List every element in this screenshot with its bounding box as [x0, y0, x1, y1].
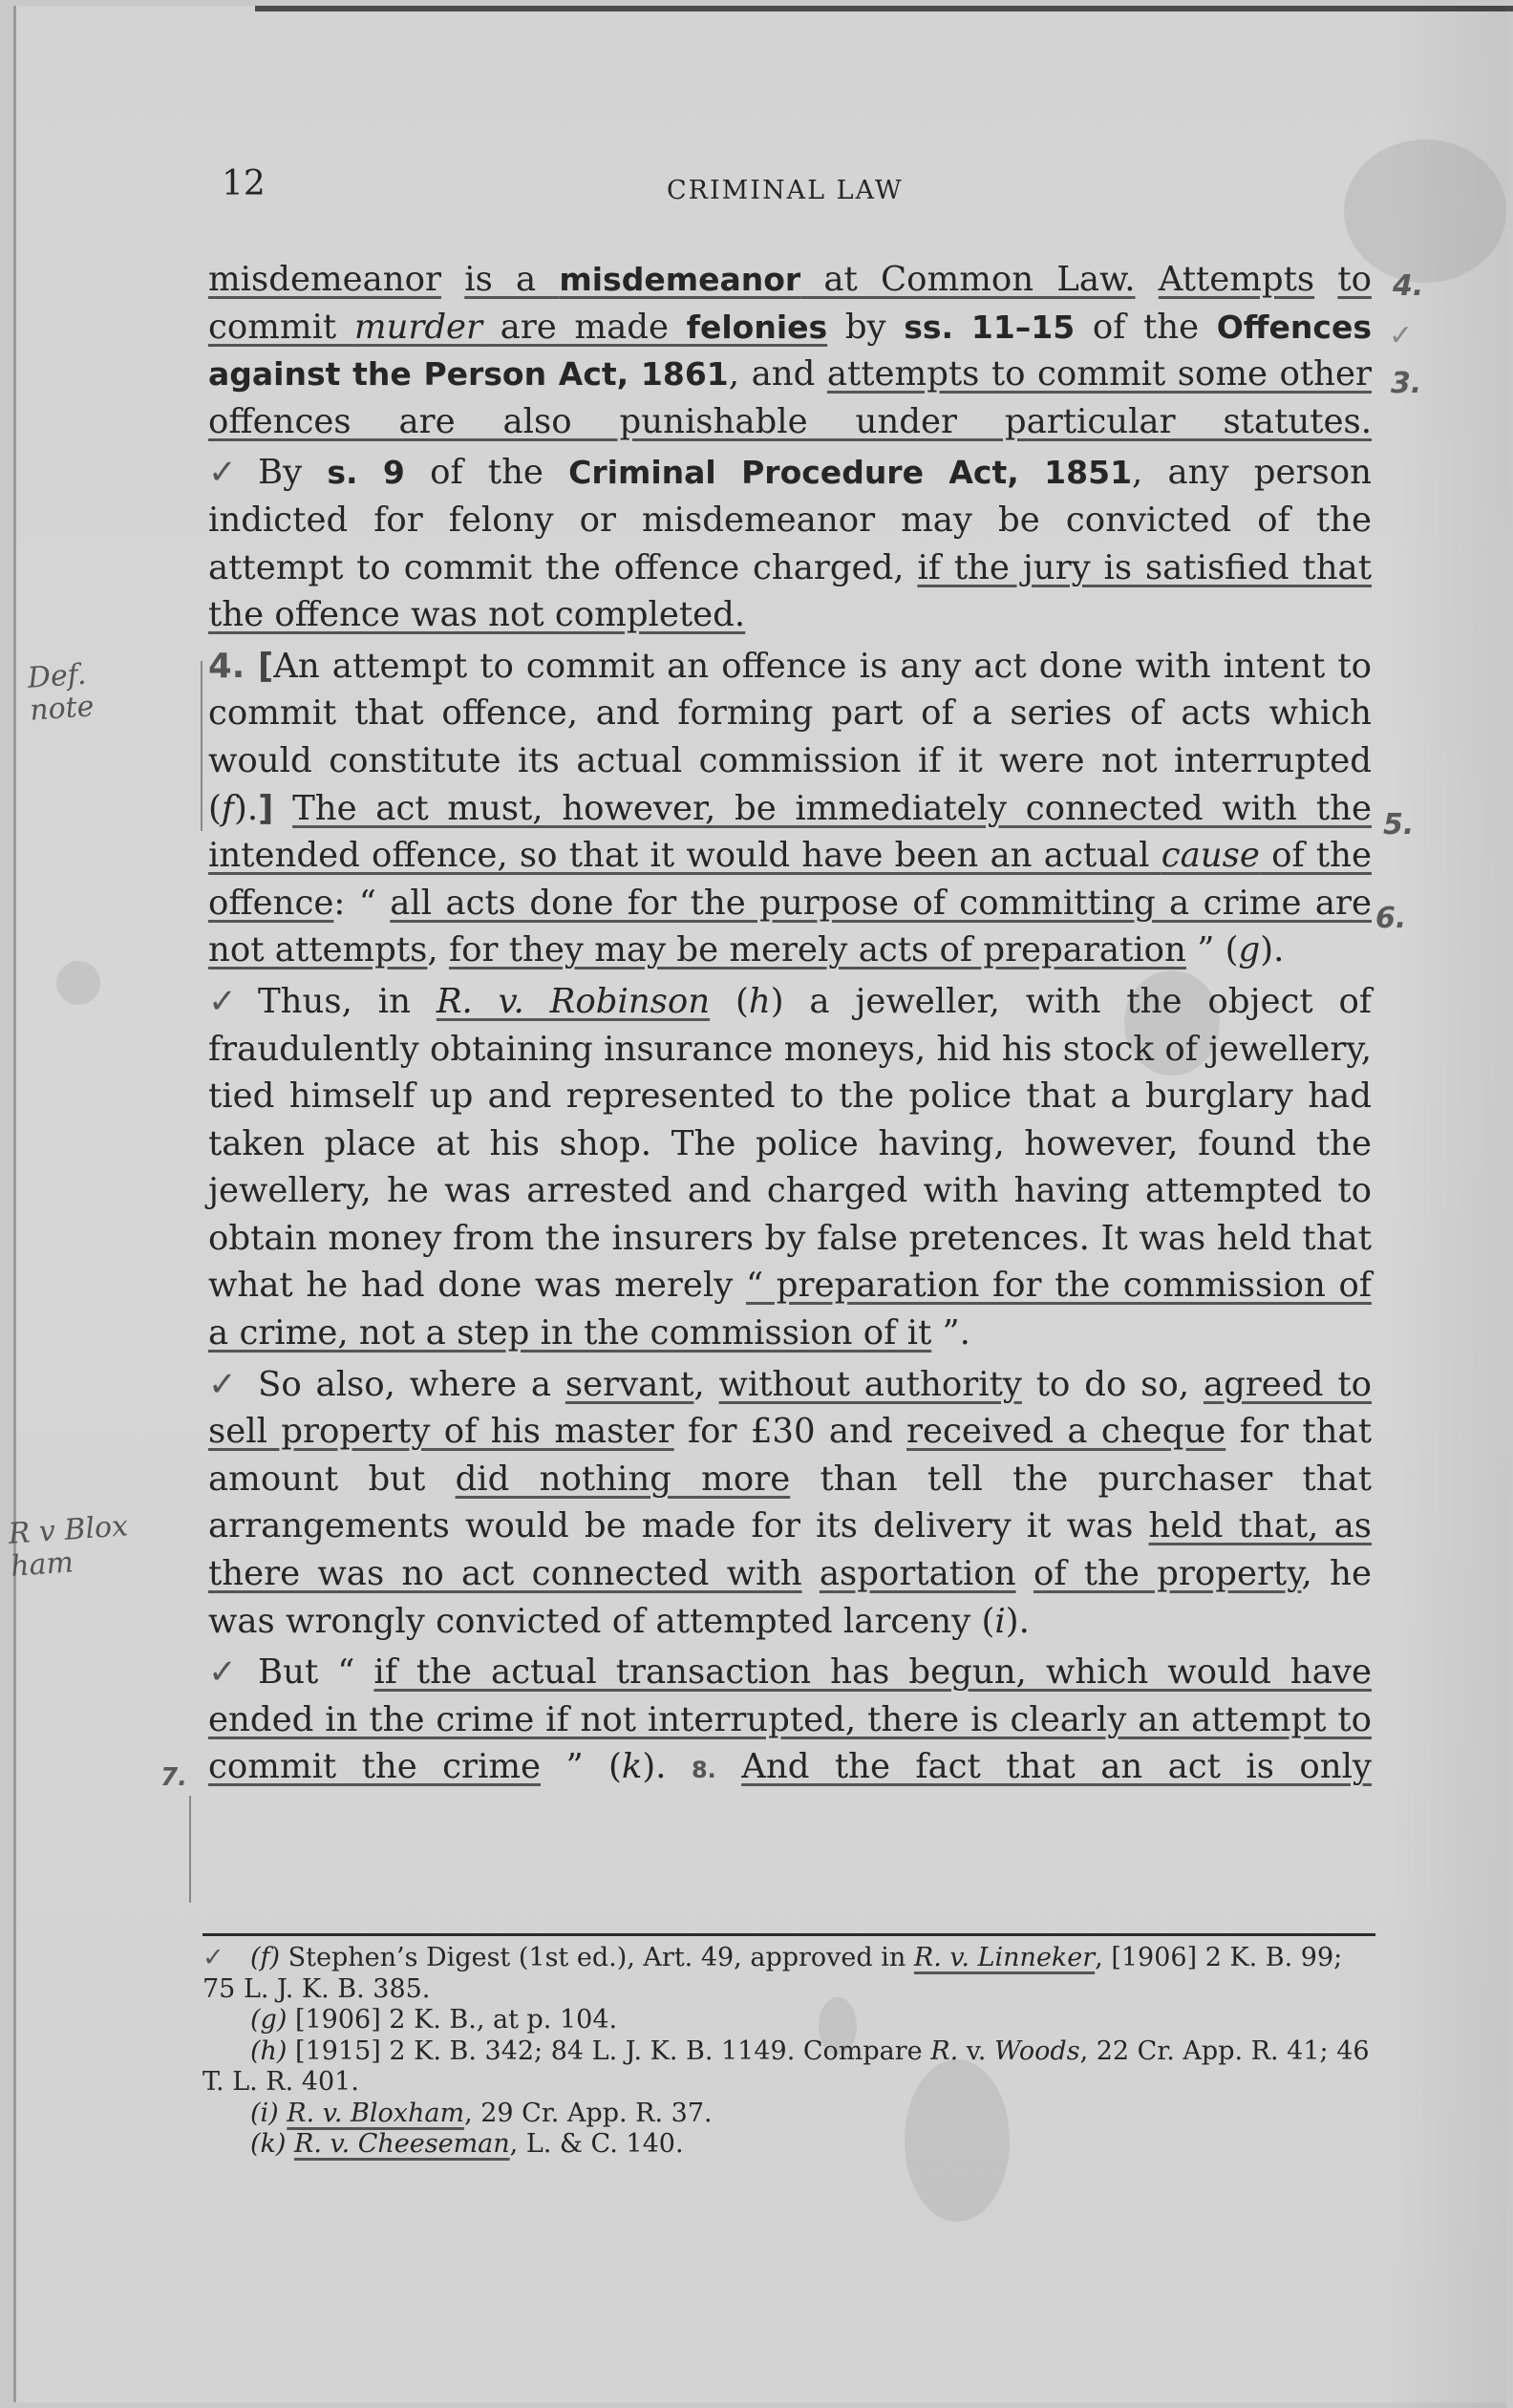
- footnote-i: (i) R. v. Bloxham, 29 Cr. App. R. 37.: [202, 2099, 1377, 2130]
- page-number: 12: [222, 164, 266, 203]
- footnote-k: (k) R. v. Cheeseman, L. & C. 140.: [202, 2129, 1377, 2161]
- margin-number: 5.: [1383, 808, 1414, 842]
- margin-tick-icon: ✓: [1389, 319, 1413, 352]
- tick-mark-icon: ✓: [208, 982, 237, 1021]
- margin-bar: [201, 661, 202, 831]
- footnote-rule: [202, 1933, 1375, 1936]
- margin-number: 4.: [208, 647, 245, 686]
- margin-note-rv-bloxham: R v Blox ham: [8, 1509, 145, 1584]
- margin-number: 8.: [692, 1757, 716, 1783]
- paragraph-6: ✓But “ if the actual transaction has beg…: [208, 1649, 1372, 1795]
- footnote-h: (h) [1915] 2 K. B. 342; 84 L. J. K. B. 1…: [202, 2036, 1377, 2099]
- tick-mark-icon: ✓: [208, 453, 237, 492]
- paragraph-3-definition: 4.[An attempt to commit an offence is an…: [208, 643, 1372, 974]
- running-head: CRIMINAL LAW: [667, 176, 904, 205]
- margin-number: 7.: [160, 1763, 187, 1792]
- margin-number: 3.: [1391, 367, 1421, 400]
- tick-mark-icon: ✓: [208, 1365, 237, 1404]
- margin-bar: [189, 1796, 191, 1903]
- open-bracket-mark: [: [258, 647, 273, 686]
- margin-number: 6.: [1375, 902, 1406, 935]
- paragraph-2: ✓By s. 9 of the Criminal Procedure Act, …: [208, 449, 1372, 638]
- margin-note-def: Def. note: [27, 655, 136, 728]
- water-stain: [56, 961, 100, 1005]
- page-top-edge-shadow: [255, 6, 1513, 11]
- page-header: 12 CRIMINAL LAW: [0, 164, 1513, 212]
- page-right-fold-shadow: [1392, 6, 1506, 2402]
- footnote-g: (g) [1906] 2 K. B., at p. 104.: [202, 2005, 1377, 2036]
- footnotes: ✓(f) Stephen’s Digest (1st ed.), Art. 49…: [202, 1943, 1377, 2161]
- tick-mark-icon: ✓: [202, 1943, 224, 1972]
- tick-mark-icon: ✓: [208, 1652, 237, 1692]
- margin-number: 4.: [1393, 269, 1423, 303]
- main-text: misdemeanor is a misdemeanor at Common L…: [208, 256, 1372, 1799]
- footnote-f: ✓(f) Stephen’s Digest (1st ed.), Art. 49…: [202, 1943, 1377, 2005]
- paragraph-5-bloxham: ✓So also, where a servant, without autho…: [208, 1361, 1372, 1646]
- paragraph-1: misdemeanor is a misdemeanor at Common L…: [208, 256, 1372, 445]
- close-bracket-mark: ]: [258, 789, 273, 828]
- paragraph-4-robinson: ✓Thus, in R. v. Robinson (h) a jeweller,…: [208, 978, 1372, 1357]
